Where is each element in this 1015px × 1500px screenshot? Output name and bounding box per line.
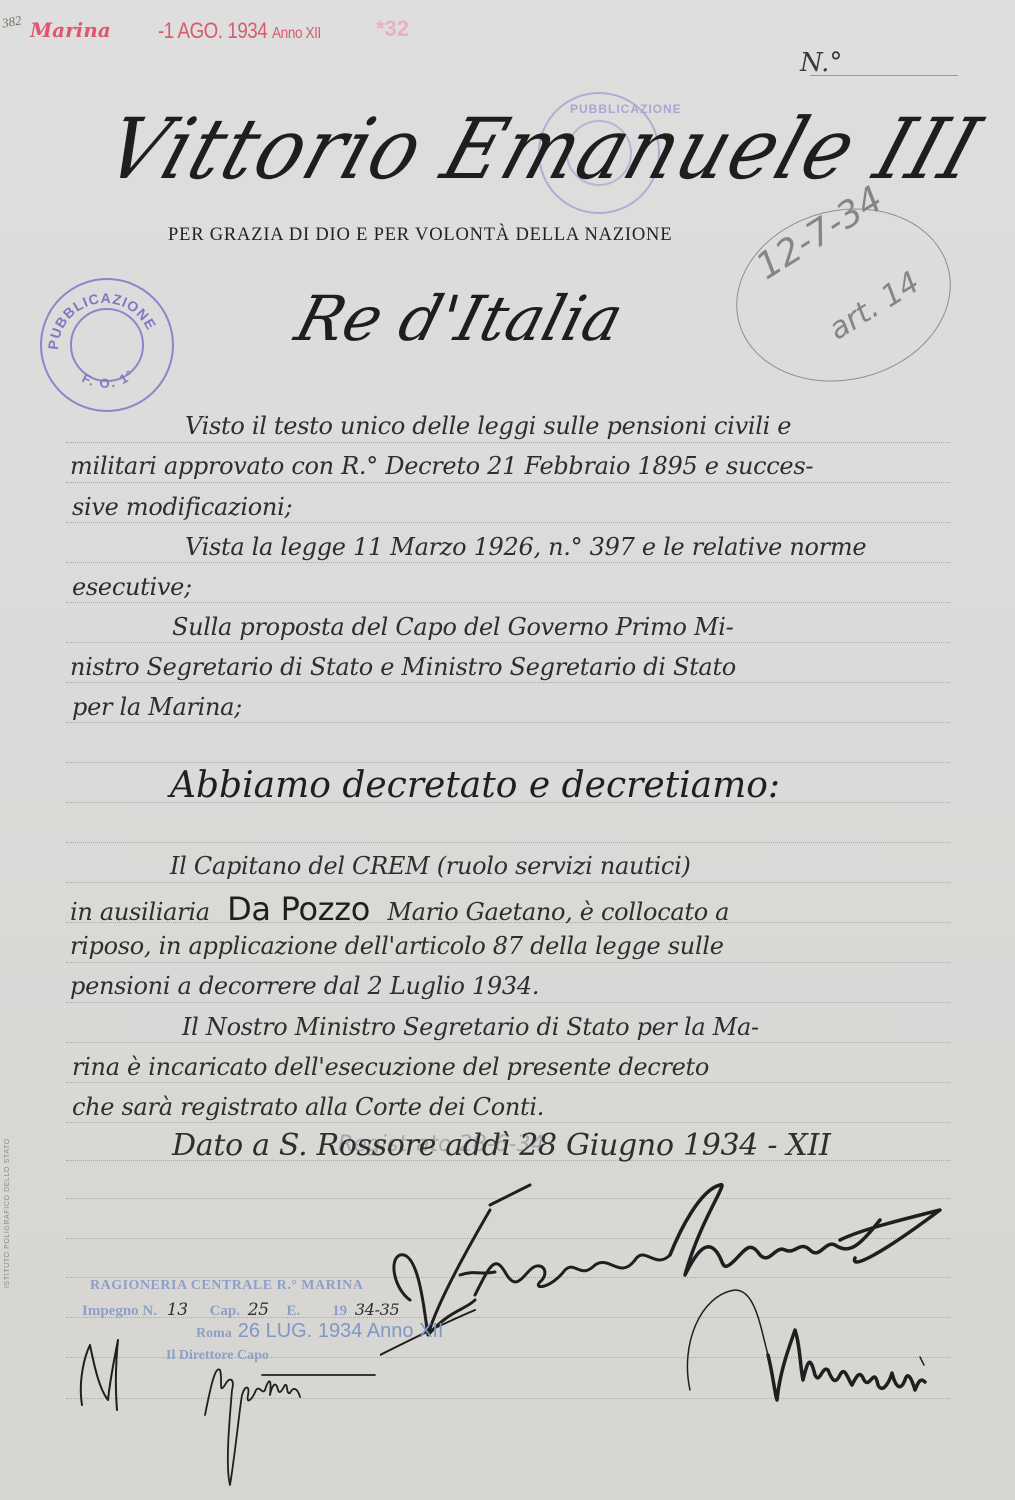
king-of-italy-title: Re d'Italia — [288, 282, 630, 355]
body-para4-line2: in ausiliaria Da Pozzo Mario Gaetano, è … — [70, 890, 729, 928]
impegno-number: 13 — [167, 1300, 188, 1320]
fiscal-year: 34-35 — [355, 1300, 400, 1319]
svg-text:PUBBLICAZIONE: PUBBLICAZIONE — [45, 290, 160, 350]
cap-number: 25 — [248, 1300, 269, 1320]
pencil-page-number: 382 — [1, 12, 23, 31]
body-para4-line2-pre: in ausiliaria — [70, 898, 210, 926]
body-para2-line2: esecutive; — [72, 573, 192, 601]
body-para2-line1: Vista la legge 11 Marzo 1926, n.° 397 e … — [185, 533, 866, 561]
svg-text:F. O. 1°: F. O. 1° — [80, 366, 139, 391]
body-para3-line3: per la Marina; — [72, 693, 242, 721]
number-label: N.° — [800, 48, 842, 78]
body-para1-line1: Visto il testo unico delle leggi sulle p… — [185, 412, 791, 440]
body-para4-line2-post: Mario Gaetano, è collocato a — [387, 898, 729, 926]
body-para3-line2: nistro Segretario di Stato e Ministro Se… — [70, 653, 736, 681]
impegno-row: Impegno N. 13 Cap. 25 E. 19 34-35 — [82, 1300, 399, 1320]
number-blank-line — [810, 75, 958, 76]
grace-of-god-line: PER GRAZIA DI DIO E PER VOLONTÀ DELLA NA… — [168, 225, 672, 246]
pensioner-surname: Da Pozzo — [227, 890, 370, 928]
accounting-office-stamp: RAGIONERIA CENTRALE R.° MARINA — [90, 1278, 363, 1294]
serial-stamp: *32 — [376, 16, 409, 42]
decree-heading: Abbiamo decretato e decretiamo: — [170, 765, 780, 806]
given-at-line: Dato a S. Rossore addì 28 Giugno 1934 - … — [172, 1128, 831, 1163]
publication-stamp: PUBBLICAZIONE F. O. 1° — [40, 278, 174, 412]
king-name-heading: Vittorio Emanuele III — [94, 100, 899, 198]
accounting-date: 26 LUG. 1934 Anno XII — [238, 1320, 444, 1342]
received-date: -1 AGO. 1934 — [158, 18, 267, 43]
received-date-stamp: -1 AGO. 1934 Anno XII — [158, 18, 321, 44]
marina-stamp: Marina — [30, 18, 111, 42]
stamp-ring-text: PUBBLICAZIONE F. O. 1° — [40, 278, 170, 408]
body-para4-line4: pensioni a decorrere dal 2 Luglio 1934. — [70, 972, 539, 1000]
director-signature — [190, 1355, 390, 1495]
body-para3-line1: Sulla proposta del Capo del Governo Prim… — [172, 613, 733, 641]
printer-margin-text: ISTITUTO POLIGRAFICO DELLO STATO — [4, 1138, 11, 1288]
body-para4-line1: Il Capitano del CREM (ruolo servizi naut… — [170, 852, 691, 880]
body-para5-line3: che sarà registrato alla Corte dei Conti… — [72, 1093, 544, 1121]
body-para5-line2: rina è incaricato dell'esecuzione del pr… — [72, 1053, 709, 1081]
initials-signature — [70, 1330, 140, 1420]
body-para1-line2: militari approvato con R.° Decreto 21 Fe… — [70, 452, 813, 480]
received-anno: Anno XII — [272, 25, 321, 42]
body-para4-line3: riposo, in applicazione dell'articolo 87… — [70, 932, 724, 960]
accounting-date-row: Roma 26 LUG. 1934 Anno XII — [196, 1320, 443, 1343]
body-para5-line1: Il Nostro Ministro Segretario di Stato p… — [182, 1013, 759, 1041]
body-para1-line3: sive modificazioni; — [72, 493, 292, 521]
decree-document-page: 382 Marina -1 AGO. 1934 Anno XII *32 N.°… — [0, 0, 1015, 1500]
minister-signature — [680, 1285, 1000, 1415]
